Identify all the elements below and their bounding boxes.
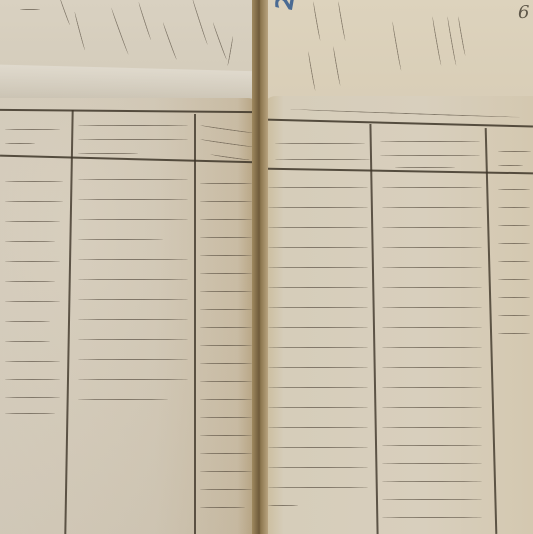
cell-text xyxy=(200,344,252,346)
cell-text xyxy=(268,446,368,448)
cell-text xyxy=(498,332,530,334)
handwriting-stroke xyxy=(226,36,233,66)
cell-text xyxy=(382,516,482,518)
book-binding-gutter xyxy=(252,0,268,534)
cell-text xyxy=(382,426,482,428)
handwriting-stroke xyxy=(392,21,403,71)
cell-text xyxy=(382,366,482,368)
cell-text xyxy=(78,298,188,300)
cell-text xyxy=(5,360,60,362)
handwriting-stroke xyxy=(111,7,130,55)
cell-text xyxy=(382,306,482,308)
handwriting-stroke xyxy=(308,51,317,91)
cell-text xyxy=(78,198,188,200)
cell-text xyxy=(268,504,298,506)
front-left-page xyxy=(0,98,258,534)
cell-text xyxy=(200,200,252,202)
cell-text xyxy=(268,426,368,428)
cell-text xyxy=(268,306,368,308)
cell-text xyxy=(498,242,530,244)
cell-text xyxy=(268,386,368,388)
cell-text xyxy=(200,452,252,454)
cell-text xyxy=(5,280,55,282)
cell-text xyxy=(78,218,188,220)
cell-text xyxy=(78,278,188,280)
header-cell-text xyxy=(380,140,480,142)
cell-text xyxy=(5,412,55,414)
cell-text xyxy=(5,180,63,182)
cell-text xyxy=(268,486,368,488)
handwriting-stroke xyxy=(458,16,467,56)
cell-text xyxy=(200,326,252,328)
handwriting-stroke xyxy=(447,16,458,66)
cell-text xyxy=(382,386,482,388)
handwriting-stroke xyxy=(20,8,40,10)
ledger-photo: 6 28 xyxy=(0,0,533,534)
cell-text xyxy=(382,444,482,446)
cell-text xyxy=(200,488,252,490)
handwriting-stroke xyxy=(138,2,152,41)
header-cell-text xyxy=(275,158,370,160)
cell-text xyxy=(382,406,482,408)
cell-text xyxy=(268,366,368,368)
cell-text xyxy=(498,314,530,316)
cell-text xyxy=(200,272,252,274)
cell-text xyxy=(382,186,482,188)
cell-text xyxy=(200,470,252,472)
cell-text xyxy=(382,286,482,288)
cell-text xyxy=(200,308,252,310)
cell-text xyxy=(498,278,530,280)
column-rule xyxy=(194,114,196,534)
cell-text xyxy=(200,434,252,436)
cell-text xyxy=(268,266,368,268)
cell-text xyxy=(78,178,188,180)
handwriting-stroke xyxy=(313,1,322,41)
handwriting-stroke xyxy=(74,11,86,50)
header-cell-text xyxy=(78,124,188,126)
cell-text xyxy=(5,320,50,322)
header-cell-text xyxy=(78,152,138,154)
header-cell-text xyxy=(498,150,531,152)
cell-text xyxy=(382,206,482,208)
cell-text xyxy=(78,398,168,400)
handwriting-stroke xyxy=(432,16,443,66)
cell-text xyxy=(5,200,63,202)
handwriting-stroke xyxy=(59,0,71,25)
cell-text xyxy=(382,326,482,328)
cell-text xyxy=(200,218,252,220)
cell-text xyxy=(268,226,368,228)
cell-text xyxy=(200,506,245,508)
cell-text xyxy=(382,246,482,248)
page-number: 6 xyxy=(518,2,529,23)
header-cell-text xyxy=(78,138,188,140)
header-cell-text xyxy=(5,128,60,130)
cell-text xyxy=(5,240,55,242)
cell-text xyxy=(200,416,252,418)
handwriting-stroke xyxy=(333,46,342,86)
cell-text xyxy=(5,378,60,380)
header-cell-text xyxy=(5,142,35,144)
cell-text xyxy=(5,220,60,222)
cell-text xyxy=(200,236,252,238)
cell-text xyxy=(200,362,252,364)
cell-text xyxy=(268,346,368,348)
cell-text xyxy=(268,246,368,248)
cell-text xyxy=(5,300,60,302)
handwriting-stroke xyxy=(191,0,208,45)
cell-text xyxy=(268,406,368,408)
handwriting-stroke xyxy=(338,1,347,41)
header-cell-text xyxy=(498,164,523,166)
cell-text xyxy=(382,226,482,228)
cell-text xyxy=(268,206,368,208)
header-cell-text xyxy=(395,166,455,168)
cell-text xyxy=(200,254,252,256)
cell-text xyxy=(382,346,482,348)
cell-text xyxy=(78,358,188,360)
cell-text xyxy=(5,260,60,262)
cell-text xyxy=(498,296,530,298)
header-cell-text xyxy=(275,142,365,144)
cell-text xyxy=(78,338,188,340)
cell-text xyxy=(200,182,252,184)
cell-text xyxy=(382,266,482,268)
cell-text xyxy=(268,286,368,288)
cell-text xyxy=(200,398,252,400)
cell-text xyxy=(498,188,530,190)
cell-text xyxy=(78,318,188,320)
handwriting-stroke xyxy=(212,22,228,60)
cell-text xyxy=(382,462,482,464)
cell-text xyxy=(498,206,530,208)
cell-text xyxy=(268,186,368,188)
cell-text xyxy=(78,378,188,380)
cell-text xyxy=(382,498,482,500)
front-right-page xyxy=(262,96,533,534)
cell-text xyxy=(268,326,368,328)
cell-text xyxy=(78,258,188,260)
cell-text xyxy=(5,340,50,342)
cell-text xyxy=(78,238,163,240)
cell-text xyxy=(268,466,368,468)
cell-text xyxy=(498,224,530,226)
cell-text xyxy=(200,380,252,382)
handwriting-stroke xyxy=(162,22,178,60)
header-cell-text xyxy=(380,154,480,156)
cell-text xyxy=(382,480,482,482)
cell-text xyxy=(5,396,60,398)
cell-text xyxy=(200,290,252,292)
cell-text xyxy=(498,260,530,262)
